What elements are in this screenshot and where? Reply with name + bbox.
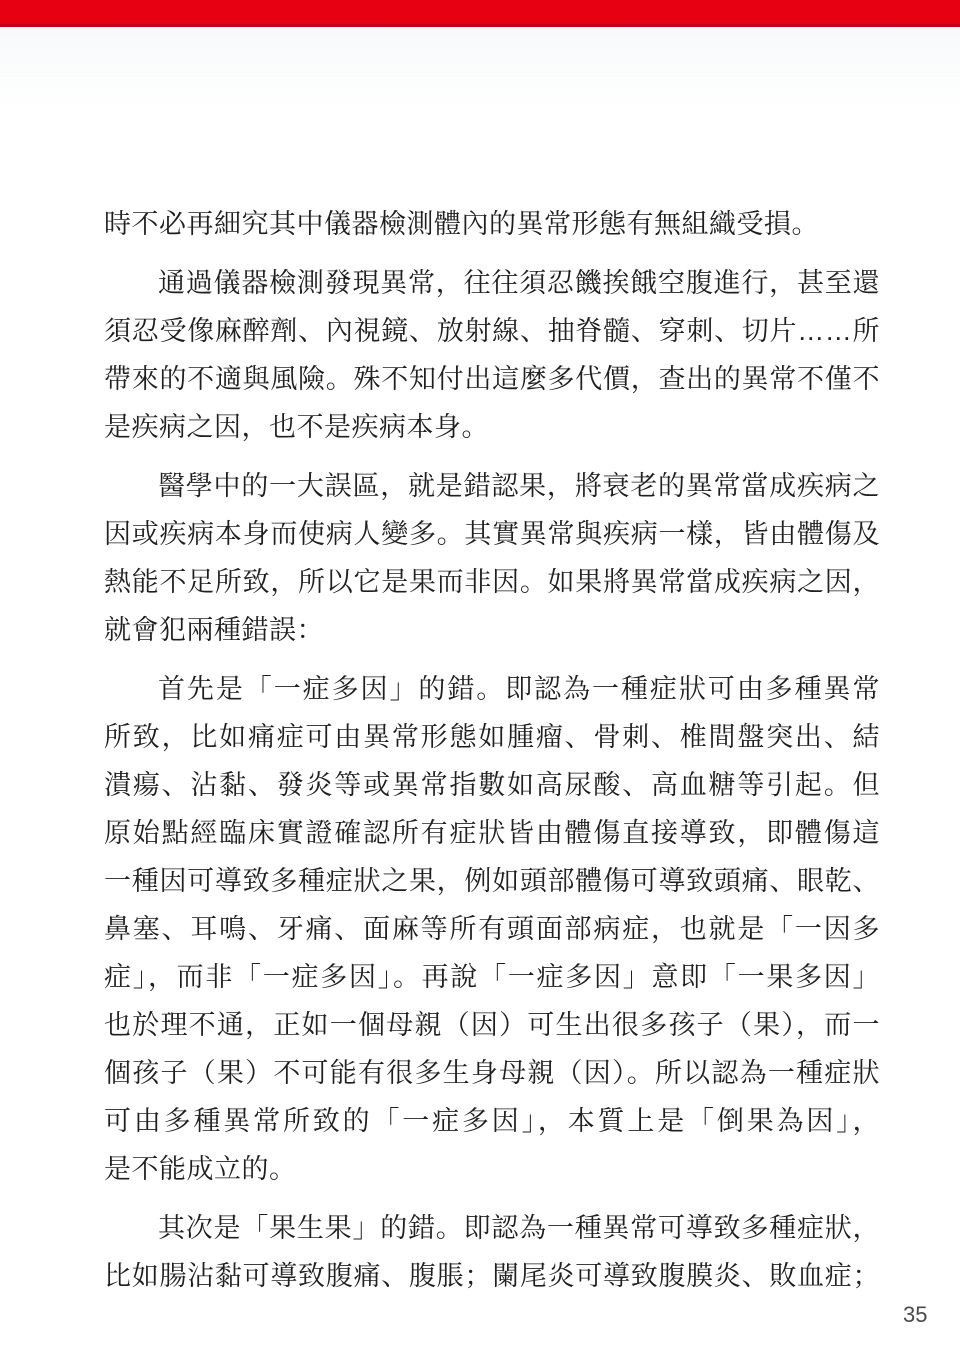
- paragraph: 首先是「一症多因」的錯。即認為一種症狀可由多種異常所致，比如痛症可由異常形態如腫…: [104, 665, 880, 1193]
- text-line: 症」，而非「一症多因」。再說「一症多因」意即「一果多因」: [104, 953, 880, 1001]
- page-number: 35: [903, 1300, 927, 1330]
- paragraph: 通過儀器檢測發現異常，往往須忍饑挨餓空腹進行，甚至還須忍受像麻醉劑、內視鏡、放射…: [104, 259, 880, 451]
- text-line: 就會犯兩種錯誤：: [104, 606, 880, 654]
- text-line: 通過儀器檢測發現異常，往往須忍饑挨餓空腹進行，甚至還: [104, 259, 880, 307]
- top-accent-bar: [0, 0, 960, 27]
- text-line: 比如腸沾黏可導致腹痛、腹脹；闌尾炎可導致腹膜炎、敗血症；: [104, 1252, 880, 1300]
- text-line: 是疾病之因，也不是疾病本身。: [104, 403, 880, 451]
- text-line: 也於理不通，正如一個母親（因）可生出很多孩子（果），而一: [104, 1001, 880, 1049]
- text-line: 因或疾病本身而使病人變多。其實異常與疾病一樣，皆由體傷及: [104, 510, 880, 558]
- text-line: 原始點經臨床實證確認所有症狀皆由體傷直接導致，即體傷這: [104, 809, 880, 857]
- text-line: 熱能不足所致，所以它是果而非因。如果將異常當成疾病之因，: [104, 558, 880, 606]
- text-line: 鼻塞、耳鳴、牙痛、面麻等所有頭面部病症，也就是「一因多: [104, 905, 880, 953]
- page-body: 時不必再細究其中儀器檢測體內的異常形態有無組織受損。通過儀器檢測發現異常，往往須…: [104, 200, 880, 1300]
- text-line: 其次是「果生果」的錯。即認為一種異常可導致多種症狀，: [104, 1204, 880, 1252]
- text-line: 須忍受像麻醉劑、內視鏡、放射線、抽脊髓、穿刺、切片……所: [104, 307, 880, 355]
- paragraph: 時不必再細究其中儀器檢測體內的異常形態有無組織受損。: [104, 200, 880, 248]
- text-line: 一種因可導致多種症狀之果，例如頭部體傷可導致頭痛、眼乾、: [104, 857, 880, 905]
- text-line: 時不必再細究其中儀器檢測體內的異常形態有無組織受損。: [104, 200, 880, 248]
- paragraph: 醫學中的一大誤區，就是錯認果，將衰老的異常當成疾病之因或疾病本身而使病人變多。其…: [104, 462, 880, 654]
- text-line: 所致，比如痛症可由異常形態如腫瘤、骨刺、椎間盤突出、結石、: [104, 713, 880, 761]
- text-line: 是不能成立的。: [104, 1145, 880, 1193]
- paragraph: 其次是「果生果」的錯。即認為一種異常可導致多種症狀，比如腸沾黏可導致腹痛、腹脹；…: [104, 1204, 880, 1300]
- text-line: 帶來的不適與風險。殊不知付出這麼多代價，查出的異常不僅不: [104, 355, 880, 403]
- text-line: 首先是「一症多因」的錯。即認為一種症狀可由多種異常: [104, 665, 880, 713]
- text-line: 潰瘍、沾黏、發炎等或異常指數如高尿酸、高血糖等引起。但: [104, 761, 880, 809]
- text-line: 可由多種異常所致的「一症多因」，本質上是「倒果為因」，: [104, 1097, 880, 1145]
- text-line: 個孩子（果）不可能有很多生身母親（因）。所以認為一種症狀: [104, 1049, 880, 1097]
- document-page: 時不必再細究其中儀器檢測體內的異常形態有無組織受損。通過儀器檢測發現異常，往往須…: [0, 0, 960, 1362]
- text-line: 醫學中的一大誤區，就是錯認果，將衰老的異常當成疾病之: [104, 462, 880, 510]
